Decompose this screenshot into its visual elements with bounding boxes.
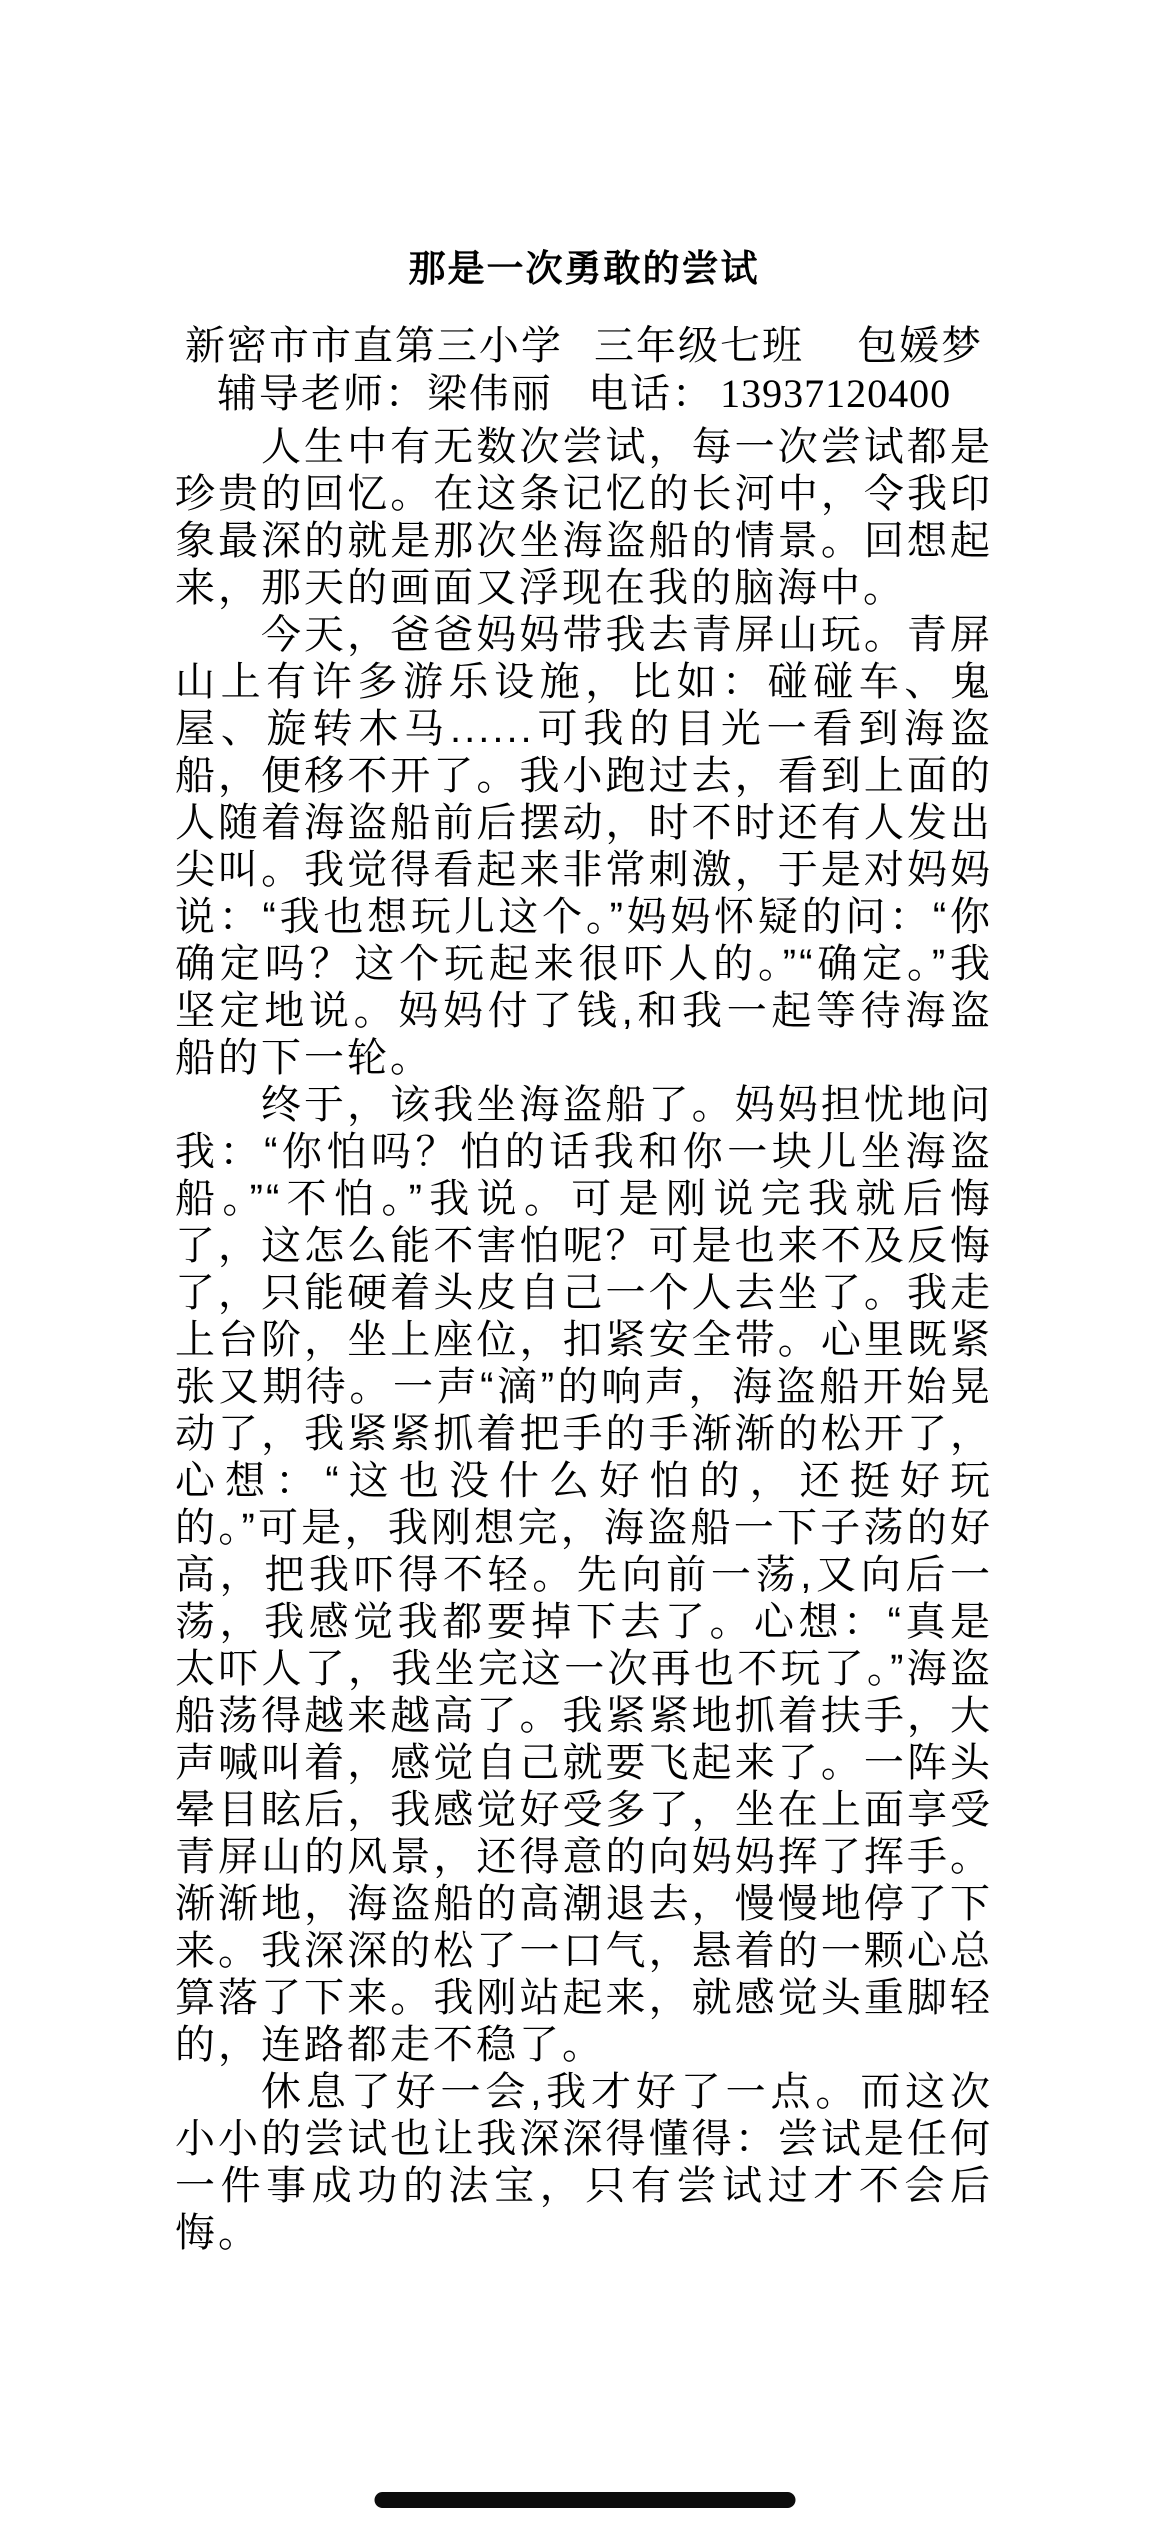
class-name: 三年级七班 [594,324,804,368]
byline: 新密市市直第三小学 三年级七班 包媛梦 [175,323,993,370]
essay-paragraph: 今天，爸爸妈妈带我去青屏山玩。青屏山上有许多游乐设施，比如：碰碰车、鬼屋、旋转木… [175,612,993,1082]
phone-number: 13937120400 [720,371,951,416]
school-name: 新密市市直第三小学 [185,324,563,368]
teacher-line: 辅导老师：梁伟丽 电话：13937120400 [175,370,993,418]
essay-paragraph: 休息了好一会,我才好了一点。而这次小小的尝试也让我深深得懂得：尝试是任何一件事成… [175,2069,993,2257]
home-indicator-bar[interactable] [375,2492,796,2508]
essay-paragraph: 人生中有无数次尝试，每一次尝试都是珍贵的回忆。在这条记忆的长河中，令我印象最深的… [175,424,993,612]
student-name: 包媛梦 [857,324,983,368]
teacher-name: 梁伟丽 [427,372,553,416]
document-page: 那是一次勇敢的尝试 新密市市直第三小学 三年级七班 包媛梦 辅导老师：梁伟丽 电… [0,0,1170,2532]
phone-label: 电话： [588,372,714,416]
essay-paragraph: 终于，该我坐海盗船了。妈妈担忧地问我：“你怕吗？怕的话我和你一块儿坐海盗船。”“… [175,1082,993,2069]
teacher-label: 辅导老师： [217,372,427,416]
document-content: 那是一次勇敢的尝试 新密市市直第三小学 三年级七班 包媛梦 辅导老师：梁伟丽 电… [175,248,993,2257]
essay-title: 那是一次勇敢的尝试 [175,248,993,290]
essay-body: 人生中有无数次尝试，每一次尝试都是珍贵的回忆。在这条记忆的长河中，令我印象最深的… [175,424,993,2257]
